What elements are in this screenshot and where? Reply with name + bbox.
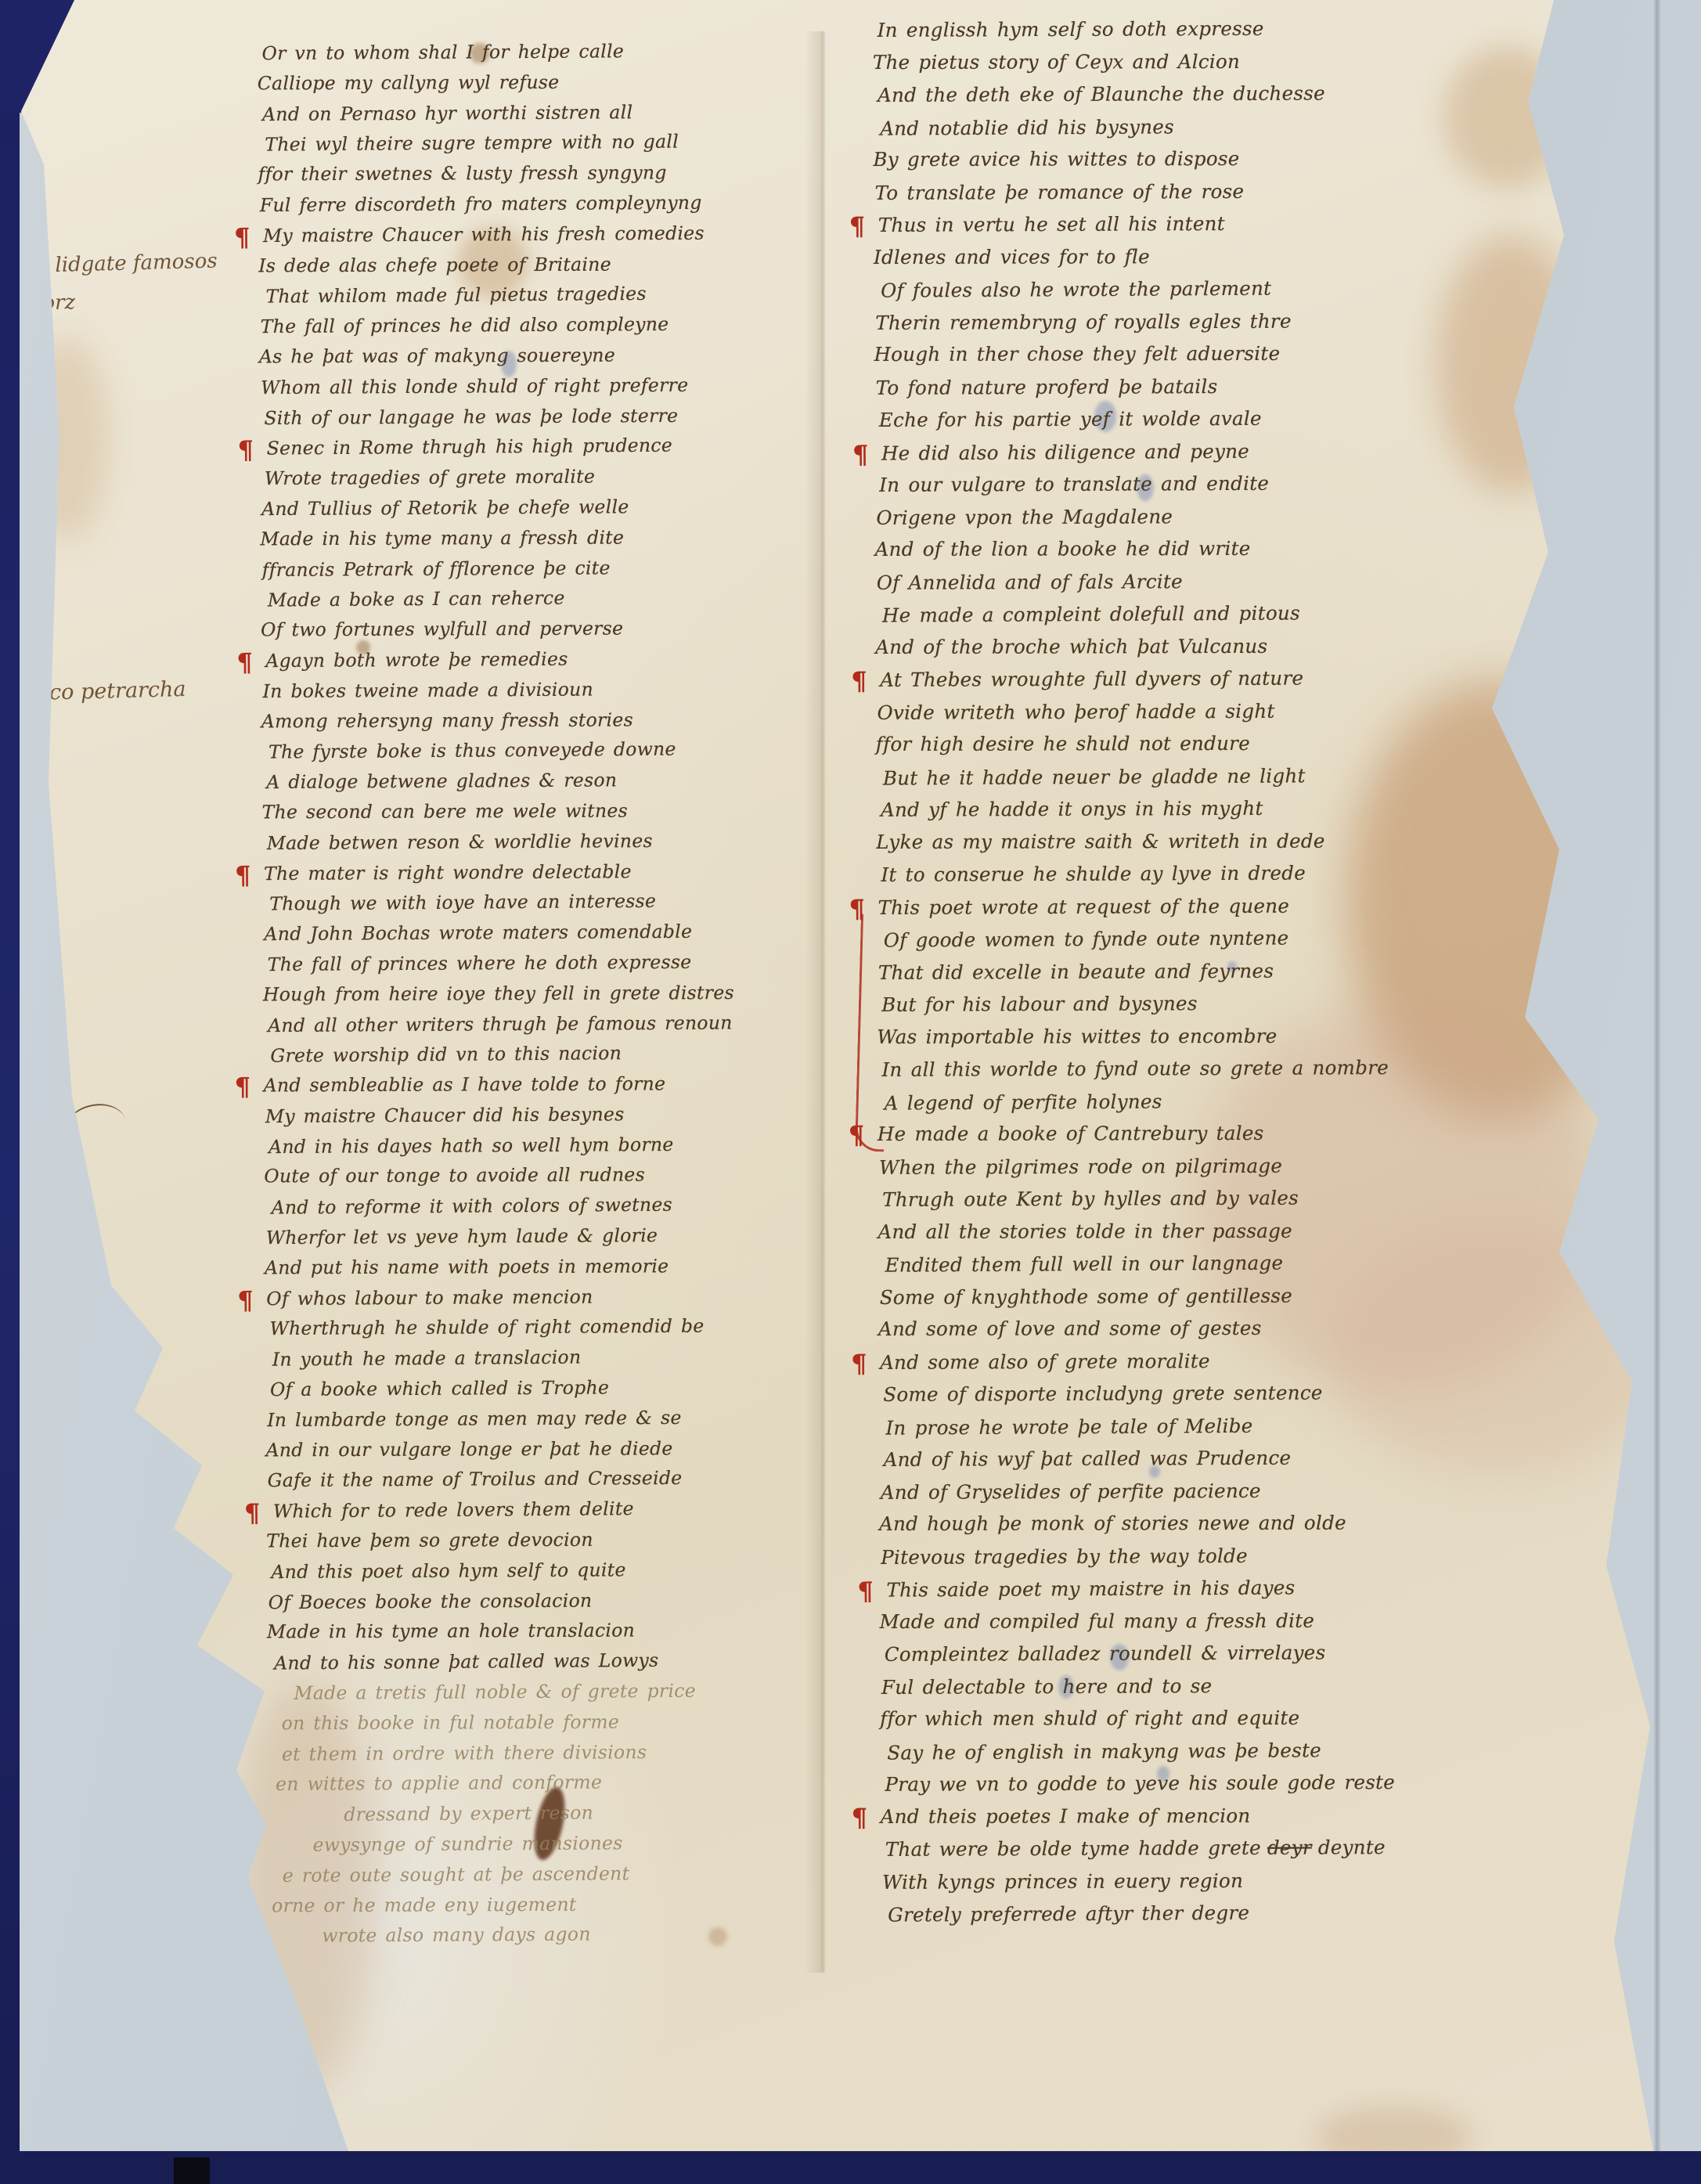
line-text: Oute of our tonge to avoide all rudnes <box>264 1164 645 1188</box>
line-text: Gretely preferrede aftyr ther degre <box>888 1901 1249 1926</box>
line-text: To fond nature proferd þe batails <box>876 375 1218 399</box>
manuscript-line: Say he of english in makyng was þe beste <box>887 1737 1570 1774</box>
line-text: My maistre Chaucer did his besynes <box>265 1103 625 1127</box>
manuscript-line: But he it hadde neuer be gladde ne light <box>883 762 1566 799</box>
manuscript-line: ¶At Thebes wroughte full dyvers of natur… <box>880 665 1566 701</box>
manuscript-line: The fyrste boke is thus conveyede downe <box>268 737 803 772</box>
manuscript-line: And this poet also hym self to quite <box>271 1558 808 1591</box>
line-text: Idlenes and vices for to fle <box>874 245 1150 268</box>
line-text: Endited them full well in our langnage <box>885 1252 1284 1277</box>
line-text: By grete avice his wittes to dispose <box>873 147 1239 171</box>
manuscript-line: The fall of princes he did also compleyn… <box>261 312 801 346</box>
line-text: Wherthrugh he shulde of right comendid b… <box>269 1315 704 1339</box>
line-text: And the deth eke of Blaunche the duchess… <box>878 81 1325 106</box>
line-text: At Thebes wroughte full dyvers of nature <box>880 667 1303 691</box>
manuscript-line: Made a tretis full noble & of grete pric… <box>272 1679 809 1713</box>
line-text: But he it hadde neuer be gladde ne light <box>883 764 1306 789</box>
manuscript-line: Some of knyghthode some of gentillesse <box>880 1283 1569 1318</box>
line-text: orne or he made eny iugement <box>272 1893 577 1916</box>
text-column-right: In englissh hym self so doth expresseThe… <box>874 16 1572 1935</box>
line-text: And Tullius of Retorik þe chefe welle <box>261 496 629 520</box>
manuscript-line: That whilom made ful pietus tragedies <box>265 282 800 316</box>
manuscript-line: In bokes tweine made a divisioun <box>263 677 803 711</box>
manuscript-line: Made in his tyme an hole translacion <box>267 1619 809 1652</box>
struck-word: deyr <box>1267 1836 1312 1859</box>
line-text: In our vulgare to translate and endite <box>879 472 1269 496</box>
line-text: In englissh hym self so doth expresse <box>878 17 1264 41</box>
manuscript-line: And yf he hadde it onys in his myght <box>881 795 1566 831</box>
manuscript-line: That were be olde tyme hadde gretedeyrde… <box>885 1835 1571 1870</box>
line-text: Say he of english in makyng was þe beste <box>887 1739 1321 1764</box>
line-text: en wittes to applie and conforme <box>276 1771 602 1796</box>
manuscript-line: And of Gryselides of perfite pacience <box>881 1478 1569 1513</box>
line-text: And this poet also hym self to quite <box>271 1559 625 1583</box>
manuscript-line: The second can bere me wele witnes <box>262 799 804 832</box>
line-text: Some of disporte includyng grete sentenc… <box>883 1381 1322 1405</box>
line-text: It to conserue he shulde ay lyve in dred… <box>881 862 1306 886</box>
manuscript-line: Is dede alas chefe poete of Britaine <box>258 252 800 285</box>
manuscript-line: Eche for his partie yef it wolde avale <box>879 405 1565 441</box>
manuscript-line: Wherfor let vs yeve hym laude & glorie <box>266 1224 806 1257</box>
line-text: He made a booke of Cantrebury tales <box>878 1122 1264 1145</box>
line-text: The fyrste boke is thus conveyede downe <box>268 738 676 763</box>
manuscript-line: Whom all this londe shuld of right prefe… <box>261 373 801 407</box>
manuscript-line: ¶And theis poetes I make of mencion <box>881 1803 1571 1837</box>
manuscript-line: ffor high desire he shuld not endure <box>876 731 1566 766</box>
text-column-left: Or vn to whom shal I for helpe calleCall… <box>259 39 811 1955</box>
pilcrow-mark: ¶ <box>234 222 250 252</box>
line-text: Ful ferre discordeth fro maters compleyn… <box>260 192 702 216</box>
line-text: When the pilgrimes rode on pilgrimage <box>879 1154 1282 1178</box>
pilcrow-mark: ¶ <box>849 893 866 923</box>
manuscript-line: ffrancis Petrark of fflorence þe cite <box>262 555 802 589</box>
manuscript-line: ¶The mater is right wondre delectable <box>264 859 804 892</box>
manuscript-line: That did excelle in beaute and feyrnes <box>878 958 1567 993</box>
manuscript-line: Pray we vn to godde to yeve his soule go… <box>885 1770 1570 1805</box>
manuscript-line: Made betwen reson & worldlie hevines <box>267 829 804 863</box>
manuscript-line: ¶Thus in vertu he set all his intent <box>878 211 1564 246</box>
pilcrow-mark: ¶ <box>235 1072 251 1102</box>
line-text: But for his labour and bysynes <box>881 992 1198 1016</box>
manuscript-line: To fond nature proferd þe batails <box>876 373 1565 409</box>
pilcrow-mark: ¶ <box>852 439 869 469</box>
manuscript-line: It to conserue he shulde ay lyve in dred… <box>881 860 1566 896</box>
line-text: Though we with ioye have an interesse <box>269 890 656 915</box>
pilcrow-mark: ¶ <box>851 1348 867 1378</box>
manuscript-line: ewysynge of sundrie mansiones <box>270 1831 810 1865</box>
line-text: And to his sonne þat called was Lowys <box>274 1649 658 1674</box>
line-text: As he þat was of makyng souereyne <box>259 344 615 368</box>
line-text: Some of knyghthode some of gentillesse <box>880 1284 1292 1308</box>
line-text: Sith of our langage he was þe lode sterr… <box>264 404 678 428</box>
manuscript-line: When the pilgrimes rode on pilgrimage <box>879 1153 1568 1188</box>
line-text: In youth he made a translacion <box>272 1346 582 1371</box>
manuscript-line: Thrugh oute Kent by hylles and by vales <box>882 1185 1568 1220</box>
line-text: ewysynge of sundrie mansiones <box>313 1832 623 1855</box>
manuscript-line: Made and compiled ful many a fressh dite <box>880 1608 1570 1642</box>
line-text: deynte <box>1318 1836 1386 1858</box>
manuscript-line: ¶He made a booke of Cantrebury tales <box>878 1121 1568 1155</box>
manuscript-line: And notablie did his bysynes <box>880 113 1563 150</box>
line-text: Senec in Rome thrugh his high prudence <box>267 434 673 460</box>
line-text: He did also his diligence and peyne <box>881 439 1249 464</box>
line-text: And all the stories tolde in ther passag… <box>878 1219 1292 1242</box>
manuscript-line: He made a compleint dolefull and pitous <box>882 600 1566 636</box>
manuscript-line: ¶Which for to rede lovers them delite <box>273 1497 808 1531</box>
line-text: The pietus story of Ceyx and Alcion <box>873 49 1240 73</box>
line-text: Gafe it the name of Troilus and Cresseid… <box>268 1467 683 1491</box>
manuscript-line: Gretely preferrede aftyr ther degre <box>888 1899 1571 1936</box>
line-text: And of the broche which þat Vulcanus <box>875 634 1267 658</box>
line-text: A dialoge betwene gladnes & reson <box>266 769 617 793</box>
line-text: Was importable his wittes to encombre <box>877 1024 1277 1047</box>
manuscript-line: Wherthrugh he shulde of right comendid b… <box>269 1314 806 1348</box>
pilcrow-mark: ¶ <box>236 647 253 677</box>
manuscript-line: Gafe it the name of Troilus and Cresseid… <box>268 1466 808 1500</box>
line-text: wrote also many days agon <box>322 1923 591 1947</box>
manuscript-line: And John Bochas wrote maters comendable <box>264 920 804 953</box>
manuscript-line: Pitevous tragedies by the way tolde <box>881 1543 1569 1578</box>
line-text: The fall of princes he did also compleyn… <box>261 313 669 337</box>
manuscript-line: ¶My maistre Chaucer with his fresh comed… <box>263 222 800 255</box>
manuscript-line: Origene vpon the Magdalene <box>876 503 1565 539</box>
manuscript-line: In englissh hym self so doth expresse <box>878 16 1563 51</box>
line-text: And sembleablie as I have tolde to forne <box>264 1072 666 1096</box>
line-text: In all this worlde to fynd oute so grete… <box>881 1056 1389 1081</box>
manuscript-line: Sith of our langage he was þe lode sterr… <box>264 403 801 437</box>
manuscript-line: wrote also many days agon <box>273 1922 810 1955</box>
line-text: And theis poetes I make of mencion <box>881 1804 1251 1827</box>
manuscript-line: Though we with ioye have an interesse <box>269 889 804 924</box>
manuscript-line: And hough þe monk of stories newe and ol… <box>879 1511 1569 1545</box>
manuscript-line: Hough in ther chose they felt aduersite <box>874 341 1565 376</box>
manuscript-line: And some of love and some of gestes <box>878 1316 1569 1350</box>
manuscript-line: And of the broche which þat Vulcanus <box>875 634 1566 669</box>
manuscript-line: ¶Senec in Rome thrugh his high prudence <box>267 434 802 468</box>
manuscript-line: Of Boeces booke the consolacion <box>268 1588 809 1622</box>
line-text: And on Pernaso hyr worthi sistren all <box>262 101 632 125</box>
manuscript-line: The pietus story of Ceyx and Alcion <box>873 49 1563 84</box>
line-text: My maistre Chaucer with his fresh comedi… <box>263 222 705 246</box>
manuscript-line: Ful delectable to here and to se <box>881 1673 1570 1708</box>
pilcrow-mark: ¶ <box>849 211 866 241</box>
manuscript-line: ¶He did also his diligence and peyne <box>881 438 1565 474</box>
line-text: Thrugh oute Kent by hylles and by vales <box>882 1187 1299 1211</box>
manuscript-line: Of foules also he wrote the parlement <box>881 275 1564 312</box>
line-text: Made a tretis full noble & of grete pric… <box>294 1680 696 1704</box>
line-text: Made in his tyme an hole translacion <box>267 1620 635 1643</box>
manuscript-line: ¶This poet wrote at request of the quene <box>878 893 1567 928</box>
line-text: Grete worship did vn to this nacion <box>270 1042 622 1067</box>
manuscript-line: Therin remembryng of royalls egles thre <box>875 308 1564 344</box>
line-text: et them in ordre with there divisions <box>282 1741 647 1765</box>
line-text: e rote oute sought at þe ascendent <box>283 1862 630 1887</box>
stain <box>1315 2106 1472 2168</box>
line-text: Of a booke which called is Trophe <box>270 1376 609 1400</box>
manuscript-line: A legend of perfite holynes <box>885 1087 1568 1124</box>
line-text: And hough þe monk of stories newe and ol… <box>879 1512 1346 1535</box>
line-text: That were be olde tyme hadde grete <box>885 1836 1261 1861</box>
line-text: Made betwen reson & worldlie hevines <box>267 830 653 854</box>
line-text: And yf he hadde it onys in his myght <box>881 797 1263 821</box>
line-text: Made a boke as I can reherce <box>268 587 565 611</box>
line-text: To translate þe romance of the rose <box>875 179 1245 204</box>
line-text: dressand by expert reson <box>344 1802 593 1826</box>
manuscript-line: And on Pernaso hyr worthi sistren all <box>262 100 799 134</box>
manuscript-line: ¶Agayn both wrote þe remedies <box>265 647 802 680</box>
manuscript-line: And Tullius of Retorik þe chefe welle <box>261 495 802 528</box>
line-text: Whom all this londe shuld of right prefe… <box>261 374 688 398</box>
line-text: And in our vulgare longe er þat he diede <box>265 1437 672 1461</box>
line-text: Of Boeces booke the consolacion <box>268 1589 593 1613</box>
line-text: And John Bochas wrote maters comendable <box>264 921 692 945</box>
manuscript-line: Thei wyl theire sugre tempre with no gal… <box>265 130 799 164</box>
line-text: Hough from heire ioye they fell in grete… <box>263 982 734 1005</box>
manuscript-line: Grete worship did vn to this nacion <box>270 1041 805 1076</box>
line-text: Thus in vertu he set all his intent <box>878 212 1225 236</box>
manuscript-line: In prose he wrote þe tale of Melibe <box>885 1412 1569 1449</box>
line-text: Eche for his partie yef it wolde avale <box>879 407 1262 431</box>
manuscript-line: dressand by expert reson <box>275 1800 809 1834</box>
manuscript-line: In youth he made a translacion <box>272 1345 807 1379</box>
manuscript-line: As he þat was of makyng souereyne <box>259 344 801 377</box>
line-text: ffrancis Petrark of fflorence þe cite <box>262 557 611 581</box>
line-text: And notablie did his bysynes <box>880 115 1174 139</box>
line-text: Which for to rede lovers them delite <box>273 1497 634 1523</box>
line-text: The fall of princes where he doth expres… <box>268 951 692 975</box>
manuscript-line: Ovide writeth who þerof hadde a sight <box>877 698 1566 733</box>
manuscript-line: Wrote tragedies of grete moralite <box>265 464 802 498</box>
manuscript-line: With kyngs princes in euery region <box>882 1868 1571 1903</box>
line-text: Thei wyl theire sugre tempre with no gal… <box>265 131 679 156</box>
line-text: ffor their swetnes & lusty fressh syngyn… <box>258 162 667 186</box>
line-text: ffor which men shuld of right and equite <box>880 1706 1299 1730</box>
manuscript-line: Made a boke as I can reherce <box>268 586 802 620</box>
line-text: Of Annelida and of fals Arcite <box>877 570 1183 594</box>
pilcrow-mark: ¶ <box>244 1498 261 1528</box>
manuscript-line: And in his dayes hath so well hym borne <box>268 1133 805 1166</box>
line-text: And to reforme it with colors of swetnes <box>272 1194 673 1219</box>
line-text: Made in his tyme many a fressh dite <box>260 526 624 550</box>
manuscript-line: on this booke in ful notable forme <box>268 1710 809 1743</box>
manuscript-line: And the deth eke of Blaunche the duchess… <box>878 81 1563 116</box>
manuscript-line: Some of disporte includyng grete sentenc… <box>883 1380 1569 1415</box>
line-text: Compleintez balladez roundell & virrelay… <box>885 1641 1326 1665</box>
line-text: With kyngs princes in euery region <box>882 1869 1243 1893</box>
manuscript-line: My maistre Chaucer did his besynes <box>265 1102 805 1136</box>
manuscript-line: And of his wyf þat called was Prudence <box>884 1445 1569 1480</box>
line-text: ffor high desire he shuld not endure <box>876 732 1250 755</box>
line-text: Pitevous tragedies by the way tolde <box>881 1544 1248 1568</box>
line-text: And of Gryselides of perfite pacience <box>881 1479 1261 1503</box>
manuscript-line: en wittes to applie and conforme <box>269 1770 809 1804</box>
line-text: The mater is right wondre delectable <box>264 860 632 885</box>
manuscript-line: By grete avice his wittes to dispose <box>873 146 1563 181</box>
line-text: Among rehersyng many fressh stories <box>261 708 633 732</box>
manuscript-line: Or vn to whom shal I for helpe calle <box>262 39 799 73</box>
line-text: Lyke as my maistre saith & writeth in de… <box>876 829 1324 852</box>
manuscript-line: Of Annelida and of fals Arcite <box>877 568 1566 604</box>
line-text: Agayn both wrote þe remedies <box>265 648 568 672</box>
pilcrow-mark: ¶ <box>857 1577 874 1606</box>
manuscript-line: orne or he made eny iugement <box>268 1892 810 1925</box>
manuscript-line: And to reforme it with colors of swetnes <box>272 1193 806 1227</box>
line-text: on this booke in ful notable forme <box>282 1710 620 1734</box>
manuscript-line: ¶This saide poet my maistre in his dayes <box>886 1574 1569 1611</box>
manuscript-line: ¶And sembleablie as I have tolde to forn… <box>264 1072 805 1105</box>
pilcrow-mark: ¶ <box>238 435 254 465</box>
line-text: Of foules also he wrote the parlement <box>881 277 1271 302</box>
line-text: That did excelle in beaute and feyrnes <box>878 959 1274 983</box>
line-text: Calliope my callyng wyl refuse <box>258 71 560 95</box>
pilcrow-mark: ¶ <box>851 666 867 696</box>
manuscript-line: Thei have þem so grete devocion <box>266 1528 808 1561</box>
line-text: Is dede alas chefe poete of Britaine <box>258 253 611 276</box>
center-fold-crease <box>805 31 839 1973</box>
manuscript-line: To translate þe romance of the rose <box>875 178 1564 214</box>
manuscript-line: Lyke as my maistre saith & writeth in de… <box>876 829 1566 863</box>
line-text: And put his name with poets in memorie <box>265 1255 669 1278</box>
manuscript-line: And to his sonne þat called was Lowys <box>274 1649 809 1683</box>
manuscript-line: In our vulgare to translate and endite <box>879 470 1565 506</box>
line-text: Thei have þem so grete devocion <box>266 1529 593 1552</box>
line-text: In prose he wrote þe tale of Melibe <box>885 1414 1252 1439</box>
manuscript-line: et them in ordre with there divisions <box>272 1739 809 1773</box>
manuscript-line: e rote oute sought at þe ascendent <box>273 1861 810 1895</box>
line-text: That whilom made ful pietus tragedies <box>265 283 647 308</box>
manuscript-line: Hough from heire ioye they fell in grete… <box>263 981 805 1014</box>
line-text: Of goode women to fynde oute nyntene <box>884 926 1289 951</box>
line-text: Origene vpon the Magdalene <box>876 505 1173 529</box>
line-text: This saide poet my maistre in his dayes <box>886 1576 1295 1601</box>
pilcrow-mark: ¶ <box>852 1803 868 1833</box>
line-text: And of his wyf þat called was Prudence <box>884 1447 1292 1471</box>
manuscript-line: Oute of our tonge to avoide all rudnes <box>264 1163 805 1196</box>
manuscript-line: Calliope my callyng wyl refuse <box>258 70 799 103</box>
manuscript-line: Was importable his wittes to encombre <box>877 1024 1567 1058</box>
line-text: Of whos labour to make mencion <box>266 1285 593 1310</box>
manuscript-line: Among rehersyng many fressh stories <box>261 708 803 741</box>
line-text: And of the lion a booke he did write <box>875 537 1251 560</box>
backing-crease <box>1653 0 1661 2151</box>
manuscript-line: And all the stories tolde in ther passag… <box>878 1219 1568 1253</box>
line-text: In bokes tweine made a divisioun <box>263 678 594 702</box>
manuscript-line: In all this worlde to fynd oute so grete… <box>881 1055 1567 1090</box>
manuscript-line: ¶And some also of grete moralite <box>880 1348 1569 1383</box>
manuscript-photo: te J. lidgate famosos librorz ncisco pet… <box>0 0 1701 2184</box>
mount-notch <box>174 2157 210 2184</box>
line-text: And in his dayes hath so well hym borne <box>268 1133 674 1158</box>
line-text: And all other writers thrugh þe famous r… <box>268 1011 733 1036</box>
manuscript-line: The fall of princes where he doth expres… <box>268 950 805 984</box>
line-text: Of two fortunes wylfull and perverse <box>261 618 623 641</box>
line-text: This poet wrote at request of the quene <box>878 894 1290 918</box>
manuscript-line: Made in his tyme many a fressh dite <box>260 525 802 558</box>
manuscript-line: ffor their swetnes & lusty fressh syngyn… <box>258 161 800 194</box>
line-text: Hough in ther chose they felt aduersite <box>874 342 1281 366</box>
pilcrow-mark: ¶ <box>237 1285 254 1315</box>
manuscript-line: Compleintez balladez roundell & virrelay… <box>885 1640 1570 1675</box>
line-text: And some of love and some of gestes <box>878 1317 1262 1340</box>
manuscript-line: ffor which men shuld of right and equite <box>880 1706 1570 1740</box>
manuscript-line: And of the lion a booke he did write <box>875 536 1566 571</box>
pilcrow-mark: ¶ <box>849 1120 865 1150</box>
line-text: In lumbarde tonge as men may rede & se <box>267 1407 682 1431</box>
line-text: And some also of grete moralite <box>880 1350 1210 1374</box>
manuscript-line: Of goode women to fynde oute nyntene <box>884 924 1567 961</box>
line-text: Wrote tragedies of grete moralite <box>265 466 595 490</box>
line-text: The second can bere me wele witnes <box>262 799 629 823</box>
manuscript-line: And put his name with poets in memorie <box>265 1254 806 1287</box>
manuscript-line: Endited them full well in our langnage <box>885 1249 1569 1286</box>
manuscript-line: Idlenes and vices for to fle <box>874 244 1564 279</box>
line-text: A legend of perfite holynes <box>885 1090 1162 1114</box>
manuscript-line: A dialoge betwene gladnes & reson <box>266 768 803 802</box>
line-text: Pray we vn to godde to yeve his soule go… <box>885 1771 1395 1796</box>
manuscript-line: And all other writers thrugh þe famous r… <box>268 1011 805 1044</box>
manuscript-line: But for his labour and bysynes <box>881 990 1567 1025</box>
line-text: Or vn to whom shal I for helpe calle <box>262 40 625 64</box>
manuscript-line: ¶Of whos labour to make mencion <box>266 1285 806 1318</box>
line-text: Ful delectable to here and to se <box>881 1674 1213 1699</box>
line-text: He made a compleint dolefull and pitous <box>882 601 1300 626</box>
line-text: Ovide writeth who þerof hadde a sight <box>877 699 1274 723</box>
pilcrow-mark: ¶ <box>235 860 251 890</box>
line-text: Wherfor let vs yeve hym laude & glorie <box>266 1224 658 1249</box>
manuscript-line: Of two fortunes wylfull and perverse <box>261 617 802 650</box>
line-text: Made and compiled ful many a fressh dite <box>880 1609 1315 1632</box>
manuscript-line: In lumbarde tonge as men may rede & se <box>267 1406 807 1440</box>
line-text: Therin remembryng of royalls egles thre <box>875 309 1291 333</box>
manuscript-line: And in our vulgare longe er þat he diede <box>265 1436 807 1469</box>
manuscript-line: Ful ferre discordeth fro maters compleyn… <box>260 191 800 225</box>
manuscript-line: Of a booke which called is Trophe <box>270 1375 807 1409</box>
